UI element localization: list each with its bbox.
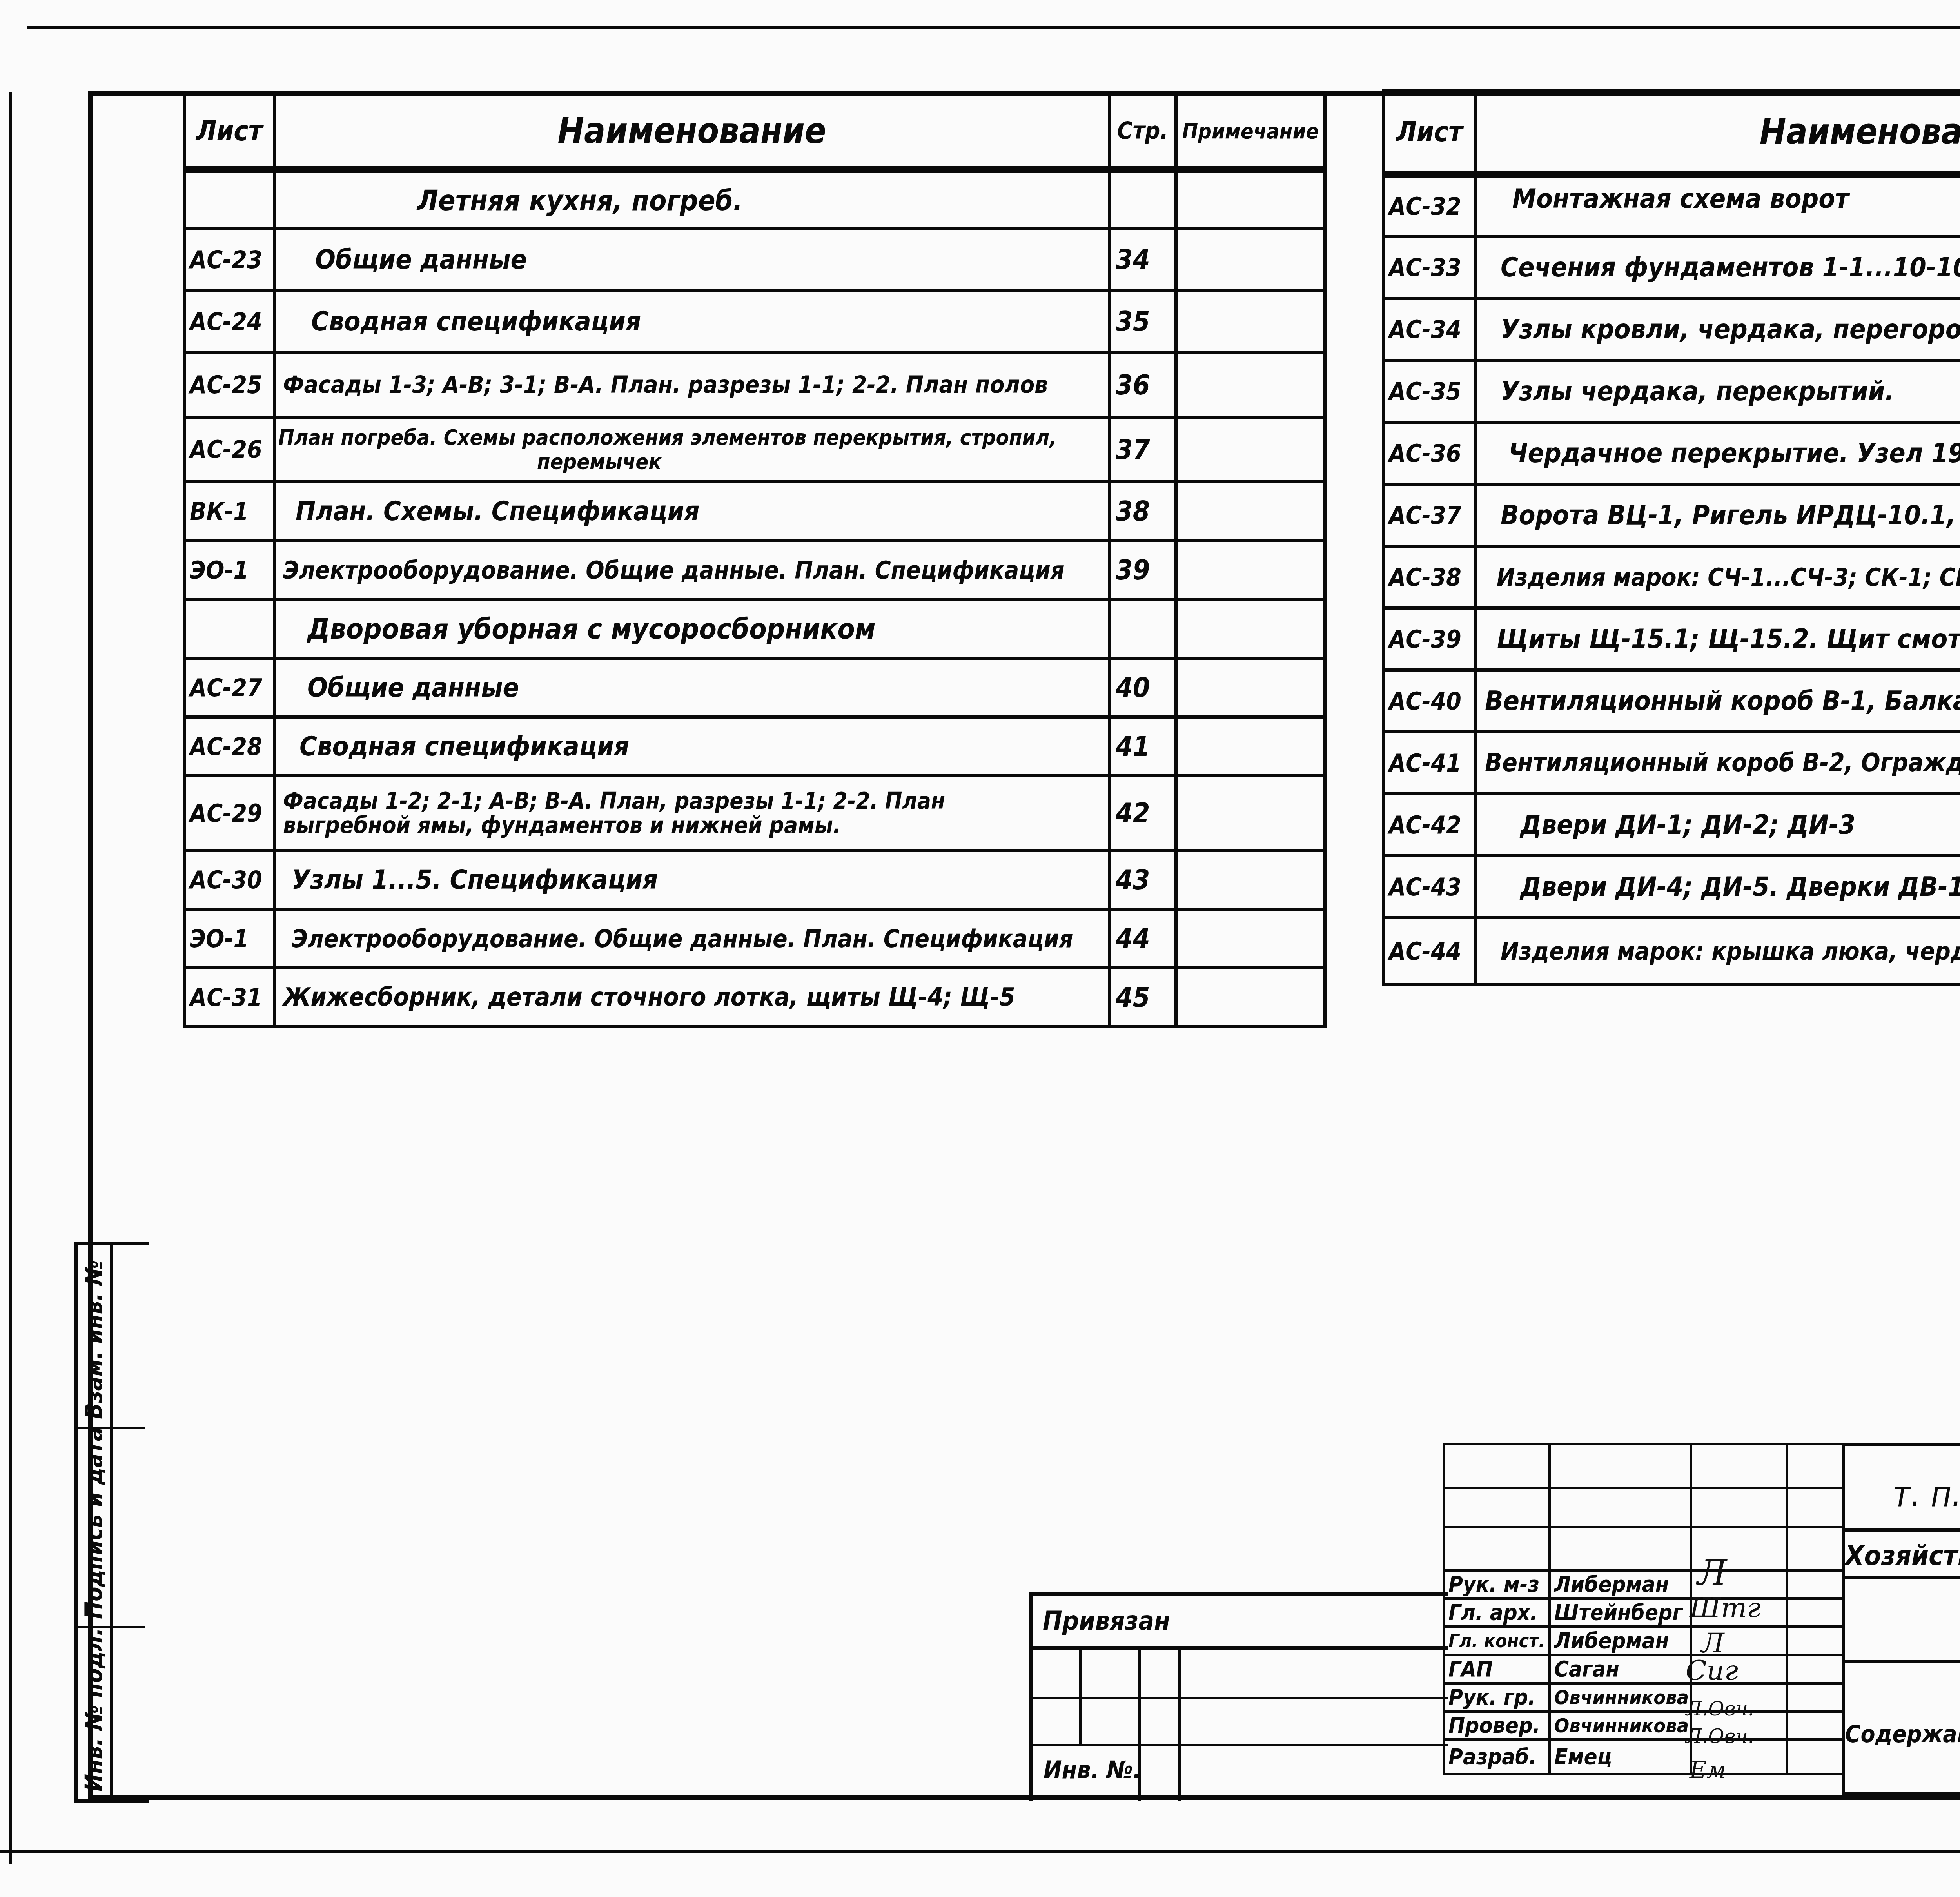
row-sheet: АС-29 (184, 776, 274, 850)
sheet-top-edge (27, 26, 1960, 29)
row-sheet: АС-33 (1383, 236, 1475, 298)
table-row: АС-23 Общие данные 34 (184, 229, 1325, 290)
row-note (1176, 658, 1325, 717)
row-page: 37 (1109, 417, 1176, 482)
row-page: 36 (1109, 352, 1176, 417)
row-name: Двери ДИ-1; ДИ-2; ДИ-3 (1475, 794, 1960, 856)
signature-name: Овчинникова (1550, 1712, 1691, 1740)
row-name: Общие данные (274, 658, 1109, 717)
row-sheet: ЭО-1 (184, 909, 274, 968)
row-name: Узлы кровли, чердака, перегородки. (1475, 298, 1960, 360)
sheet-left-edge (9, 92, 12, 1864)
signature-role: Гл. арх. (1444, 1599, 1550, 1627)
signature-role: Гл. конст. (1444, 1627, 1550, 1655)
row-name: Изделия марок: крышка люка, чердака КЛ4,… (1475, 918, 1960, 984)
row-sheet: АС-31 (184, 968, 274, 1027)
signature-scribble: Штг (1690, 1592, 1761, 1624)
row-sheet: АС-24 (184, 290, 274, 352)
header-page: Стр. (1109, 94, 1176, 170)
signature-name: Либерман (1550, 1627, 1691, 1655)
row-name: Сводная спецификация (274, 290, 1109, 352)
table-row: ВК-1 План. Схемы. Спецификация 38 (184, 482, 1325, 541)
row-page: 44 (1109, 909, 1176, 968)
row-sheet: ЭО-1 (184, 541, 274, 599)
row-note (1176, 968, 1325, 1027)
table-row-section: Дворовая уборная с мусоросборником (184, 599, 1325, 658)
row-name: Вентиляционный короб В-1, Балка БД-1. (1475, 670, 1960, 732)
row-name: Электрооборудование. Общие данные. План.… (274, 541, 1109, 599)
row-name: Монтажная схема ворот (1475, 174, 1960, 236)
signature-scribble: Ем (1690, 1756, 1726, 1784)
row-note (1176, 850, 1325, 909)
signature-scribble: Л.Овч. (1686, 1725, 1754, 1748)
table-row: АС-41 Вентиляционный короб В-2, Огражден… (1383, 732, 1960, 794)
table-row: АС-34 Узлы кровли, чердака, перегородки.… (1383, 298, 1960, 360)
section-title: Летняя кухня, погреб. (274, 170, 1109, 229)
row-name: Общие данные (274, 229, 1109, 290)
row-name: Узлы чердака, перекрытий. (1475, 360, 1960, 422)
row-name-line2: выгребной ямы, фундаментов и нижней рамы… (283, 813, 1101, 837)
signature-scribble: Сиг (1686, 1654, 1738, 1686)
signature-name: Емец (1550, 1740, 1691, 1774)
row-page: 35 (1109, 290, 1176, 352)
signature-row: Провер. Овчинникова (1444, 1712, 1844, 1740)
row-name: Ворота ВЦ-1, Ригель ИРДЦ-10.1, Щиты Щ-1;… (1475, 484, 1960, 546)
row-sheet: АС-44 (1383, 918, 1475, 984)
header-name: Наименование (274, 94, 1109, 170)
table-row: ЭО-1 Электрооборудование. Общие данные. … (184, 909, 1325, 968)
row-page: 43 (1109, 850, 1176, 909)
row-sheet: АС-40 (1383, 670, 1475, 732)
binding-col-line-1 (1079, 1646, 1082, 1746)
row-name: Электрооборудование. Общие данные. План.… (274, 909, 1109, 968)
row-sheet: АС-28 (184, 717, 274, 776)
header-sheet: Лист (184, 94, 274, 170)
table-header-row: Лист Наименование Стр. Примечание (184, 94, 1325, 170)
row-sheet: АС-27 (184, 658, 274, 717)
row-note (1176, 717, 1325, 776)
row-name-line1: Фасады 1-2; 2-1; А-В; В-А. План, разрезы… (283, 789, 1101, 813)
row-sheet: АС-25 (184, 352, 274, 417)
signature-role: Рук. гр. (1444, 1683, 1550, 1712)
signature-row: Гл. конст. Либерман (1444, 1627, 1844, 1655)
signature-grid: Рук. м-з Либерман Гл. арх. Штейнберг Гл.… (1443, 1443, 1845, 1775)
table-row: АС-30 Узлы 1...5. Спецификация 43 (184, 850, 1325, 909)
row-page: 41 (1109, 717, 1176, 776)
binding-row-line-2 (1033, 1697, 1448, 1699)
signature-name: Овчинникова (1550, 1683, 1691, 1712)
table-row: АС-40 Вентиляционный короб В-1, Балка БД… (1383, 670, 1960, 732)
header-name: Наименование (1475, 91, 1960, 174)
row-sheet: ВК-1 (184, 482, 274, 541)
table-row: АС-31 Жижесборник, детали сточного лотка… (184, 968, 1325, 1027)
row-name: План погреба. Схемы расположения элемент… (274, 417, 1109, 482)
row-name: Щиты Щ-15.1; Щ-15.2. Щит смотровой ямы Щ… (1475, 608, 1960, 670)
signature-role: Рук. м-з (1444, 1570, 1550, 1599)
row-page: 34 (1109, 229, 1176, 290)
header-sheet: Лист (1383, 91, 1475, 174)
signature-name: Саган (1550, 1655, 1691, 1683)
row-sheet: АС-41 (1383, 732, 1475, 794)
title-divider-1 (1845, 1528, 1960, 1532)
row-name: Чердачное перекрытие. Узел 19 (1475, 422, 1960, 484)
side-stamp-label-signature-date: Подпись и дата (80, 1427, 108, 1619)
signature-row: Гл. арх. Штейнберг (1444, 1599, 1844, 1627)
table-row: ЭО-1 Электрооборудование. Общие данные. … (184, 541, 1325, 599)
row-name: Узлы 1...5. Спецификация (274, 850, 1109, 909)
row-page: 39 (1109, 541, 1176, 599)
table-row-section: Летняя кухня, погреб. (184, 170, 1325, 229)
row-sheet: АС-36 (1383, 422, 1475, 484)
row-sheet: АС-42 (1383, 794, 1475, 856)
binding-block: Привязан Инв. №. (1029, 1592, 1448, 1801)
row-name-line1: План погреба. Схемы расположения элемент… (278, 425, 1101, 450)
row-sheet: АС-34 (1383, 298, 1475, 360)
table-row: АС-32 Монтажная схема ворот 46 (1383, 174, 1960, 236)
side-stamp-divider-vertical (110, 1242, 113, 1795)
row-name: Сечения фундаментов 1-1...10-10. Детали … (1475, 236, 1960, 298)
row-sheet: АС-43 (1383, 856, 1475, 918)
table-row: АС-37 Ворота ВЦ-1, Ригель ИРДЦ-10.1, Щит… (1383, 484, 1960, 546)
title-divider-2 (1845, 1576, 1960, 1579)
table-row: АС-39 Щиты Щ-15.1; Щ-15.2. Щит смотровой… (1383, 608, 1960, 670)
signature-name: Штейнберг (1550, 1599, 1691, 1627)
sheet-title: Содержание альбома (окончание) (1845, 1721, 1960, 1748)
binding-label: Привязан (1043, 1606, 1170, 1636)
table-row: АС-28 Сводная спецификация 41 (184, 717, 1325, 776)
signature-name: Либерман (1550, 1570, 1691, 1599)
row-note (1176, 909, 1325, 968)
row-name: Изделия марок: СЧ-1...СЧ-3; СК-1; СН-1..… (1475, 546, 1960, 608)
row-sheet: АС-30 (184, 850, 274, 909)
row-note (1176, 417, 1325, 482)
stage-grid-bottom (1845, 1660, 1960, 1663)
signature-row: Рук. м-з Либерман (1444, 1570, 1844, 1599)
toc-table-left: Лист Наименование Стр. Примечание Летняя… (183, 93, 1327, 1028)
signature-row: Разраб. Емец (1444, 1740, 1844, 1774)
side-stamp-label-replace-inv: Взам. инв. № (80, 1260, 108, 1419)
row-sheet: АС-38 (1383, 546, 1475, 608)
table-row: АС-27 Общие данные 40 (184, 658, 1325, 717)
signature-row: ГАП Саган (1444, 1655, 1844, 1683)
binding-row-line-1 (1033, 1646, 1448, 1650)
signature-role: Провер. (1444, 1712, 1550, 1740)
table-row: АС-44 Изделия марок: крышка люка, чердак… (1383, 918, 1960, 984)
header-note: Примечание (1176, 94, 1325, 170)
signature-scribble: Л (1697, 1552, 1727, 1594)
signature-role: ГАП (1444, 1655, 1550, 1683)
row-name: Фасады 1-2; 2-1; А-В; В-А. План, разрезы… (274, 776, 1109, 850)
row-sheet: АС-37 (1383, 484, 1475, 546)
table-row: АС-24 Сводная спецификация 35 (184, 290, 1325, 352)
binding-row-line-3 (1033, 1744, 1448, 1746)
row-sheet: АС-26 (184, 417, 274, 482)
binding-col-line-3 (1178, 1646, 1181, 1801)
row-name: Вентиляционный короб В-2, Ограждения ОГ-… (1475, 732, 1960, 794)
project-code: т. п. 194-24-187-84 (1892, 1474, 1960, 1515)
sheet-bottom-edge (0, 1850, 1960, 1853)
row-page: 42 (1109, 776, 1176, 850)
table-row: АС-26 План погреба. Схемы расположения э… (184, 417, 1325, 482)
signature-scribble: Л.Овч. (1686, 1697, 1754, 1720)
row-page: 45 (1109, 968, 1176, 1027)
row-name: Фасады 1-3; А-В; 3-1; В-А. План. разрезы… (274, 352, 1109, 417)
row-name: Жижесборник, детали сточного лотка, щиты… (274, 968, 1109, 1027)
binding-inv-label: Инв. №. (1044, 1755, 1141, 1784)
row-note (1176, 482, 1325, 541)
row-note (1176, 352, 1325, 417)
table-row: АС-36 Чердачное перекрытие. Узел 19 50 (1383, 422, 1960, 484)
row-sheet: АС-32 (1383, 174, 1475, 236)
table-header-row: Лист Наименование Стр. Примечан. (1383, 91, 1960, 174)
frame-bottom (88, 1795, 1960, 1800)
signature-role: Разраб. (1444, 1740, 1550, 1774)
section-title: Дворовая уборная с мусоросборником (274, 599, 1109, 658)
row-note (1176, 290, 1325, 352)
table-row: АС-25 Фасады 1-3; А-В; 3-1; В-А. План. р… (184, 352, 1325, 417)
table-row: АС-42 Двери ДИ-1; ДИ-2; ДИ-3 56 (1383, 794, 1960, 856)
row-page: 38 (1109, 482, 1176, 541)
table-row: АС-35 Узлы чердака, перекрытий. 49 (1383, 360, 1960, 422)
title-block-main: т. п. 194-24-187-84 АС Хозяйственные и б… (1842, 1443, 1960, 1795)
project-title: Хозяйственные и бытовые постройки и соор… (1845, 1539, 1960, 1572)
row-sheet: АС-39 (1383, 608, 1475, 670)
row-name-line2: перемычек (278, 450, 1101, 474)
table-row: АС-38 Изделия марок: СЧ-1...СЧ-3; СК-1; … (1383, 546, 1960, 608)
toc-table-right: Лист Наименование Стр. Примечан. АС-32 М… (1382, 89, 1960, 986)
row-name: Сводная спецификация (274, 717, 1109, 776)
row-name: Двери ДИ-4; ДИ-5. Дверки ДВ-1 ... ДВ-3 (1475, 856, 1960, 918)
row-note (1176, 541, 1325, 599)
side-stamp-label-orig-inv: Инв. № подл. (80, 1628, 108, 1792)
row-sheet: АС-35 (1383, 360, 1475, 422)
row-note (1176, 229, 1325, 290)
row-note (1176, 776, 1325, 850)
table-row: АС-43 Двери ДИ-4; ДИ-5. Дверки ДВ-1 ... … (1383, 856, 1960, 918)
table-row: АС-33 Сечения фундаментов 1-1...10-10. Д… (1383, 236, 1960, 298)
row-name: План. Схемы. Спецификация (274, 482, 1109, 541)
table-row: АС-29 Фасады 1-2; 2-1; А-В; В-А. План, р… (184, 776, 1325, 850)
row-sheet: АС-23 (184, 229, 274, 290)
row-page: 40 (1109, 658, 1176, 717)
signature-row: Рук. гр. Овчинникова (1444, 1683, 1844, 1712)
